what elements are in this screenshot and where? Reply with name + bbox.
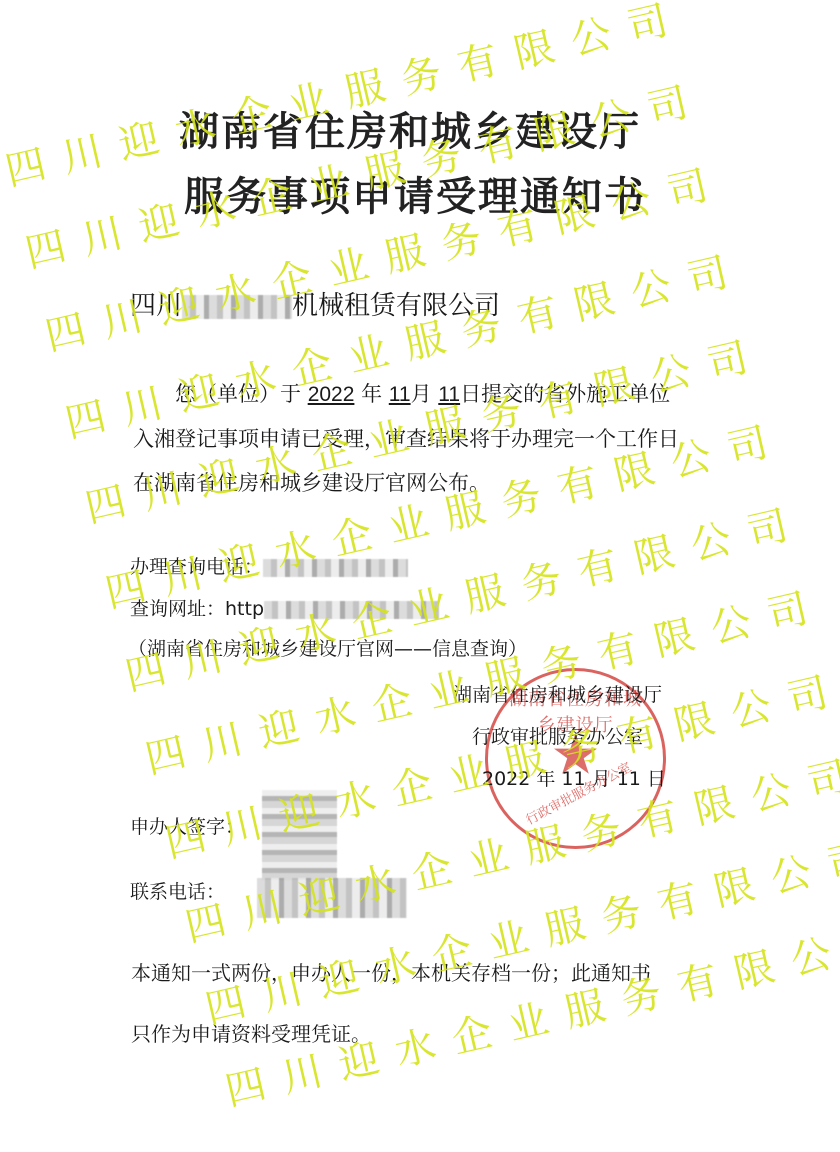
query-url-row: 查询网址：http xyxy=(130,594,439,621)
query-url-label: 查询网址： xyxy=(130,598,225,620)
issuer-org: 湖南省住房和城乡建设厅 xyxy=(453,680,662,707)
acceptance-paragraph: 您（单位）于 2022 年 11月 11日提交的省外施工单位 入湘登记事项申请已… xyxy=(133,372,733,505)
para-line-2: 入湘登记事项申请已受理，审查结果将于办理完一个工作日 xyxy=(133,417,733,461)
contact-phone-row: 联系电话： xyxy=(130,877,225,904)
issue-date: 2022 年 11 月 11 日 xyxy=(482,764,666,791)
submit-month: 11 xyxy=(389,383,411,406)
title-line-2: 服务事项申请受理通知书 xyxy=(0,165,835,222)
company-prefix: 四川 xyxy=(130,291,182,321)
redacted-signature xyxy=(262,790,337,880)
title-line-1: 湖南省住房和城乡建设厅 xyxy=(0,100,830,157)
redacted-url xyxy=(264,601,439,619)
submit-day: 11 xyxy=(438,383,460,406)
watermark: 四川迎水企业服务有限公司 xyxy=(219,905,840,1117)
para-line-3: 在湖南省住房和城乡建设厅官网公布。 xyxy=(133,461,733,505)
redacted-company-name xyxy=(182,295,292,319)
applicant-signature-label: 申办人签字： xyxy=(130,816,244,838)
url-note: （湖南省住房和城乡建设厅官网——信息查询） xyxy=(128,634,527,661)
redacted-phone xyxy=(263,559,408,577)
issuer-office: 行政审批服务办公室 xyxy=(472,722,643,749)
company-suffix: 机械租赁有限公司 xyxy=(292,291,500,321)
footer-line-1: 本通知一式两份，申办人一份，本机关存档一份；此通知书 xyxy=(131,957,651,986)
para-line-1: 您（单位）于 2022 年 11月 11日提交的省外施工单位 xyxy=(133,372,733,417)
query-phone-label: 办理查询电话： xyxy=(130,556,263,578)
footer-line-2: 只作为申请资料受理凭证。 xyxy=(131,1018,371,1047)
notice-document: 湖南省住房和城乡建设厅 服务事项申请受理通知书 四川机械租赁有限公司 您（单位）… xyxy=(0,0,840,1152)
submit-year: 2022 xyxy=(308,383,355,406)
url-prefix: http xyxy=(225,598,264,620)
contact-phone-label: 联系电话： xyxy=(130,881,225,903)
company-name: 四川机械租赁有限公司 xyxy=(130,285,500,322)
applicant-signature-row: 申办人签字： xyxy=(130,812,244,839)
query-phone-row: 办理查询电话： xyxy=(130,552,408,579)
redacted-contact-phone xyxy=(257,878,407,918)
